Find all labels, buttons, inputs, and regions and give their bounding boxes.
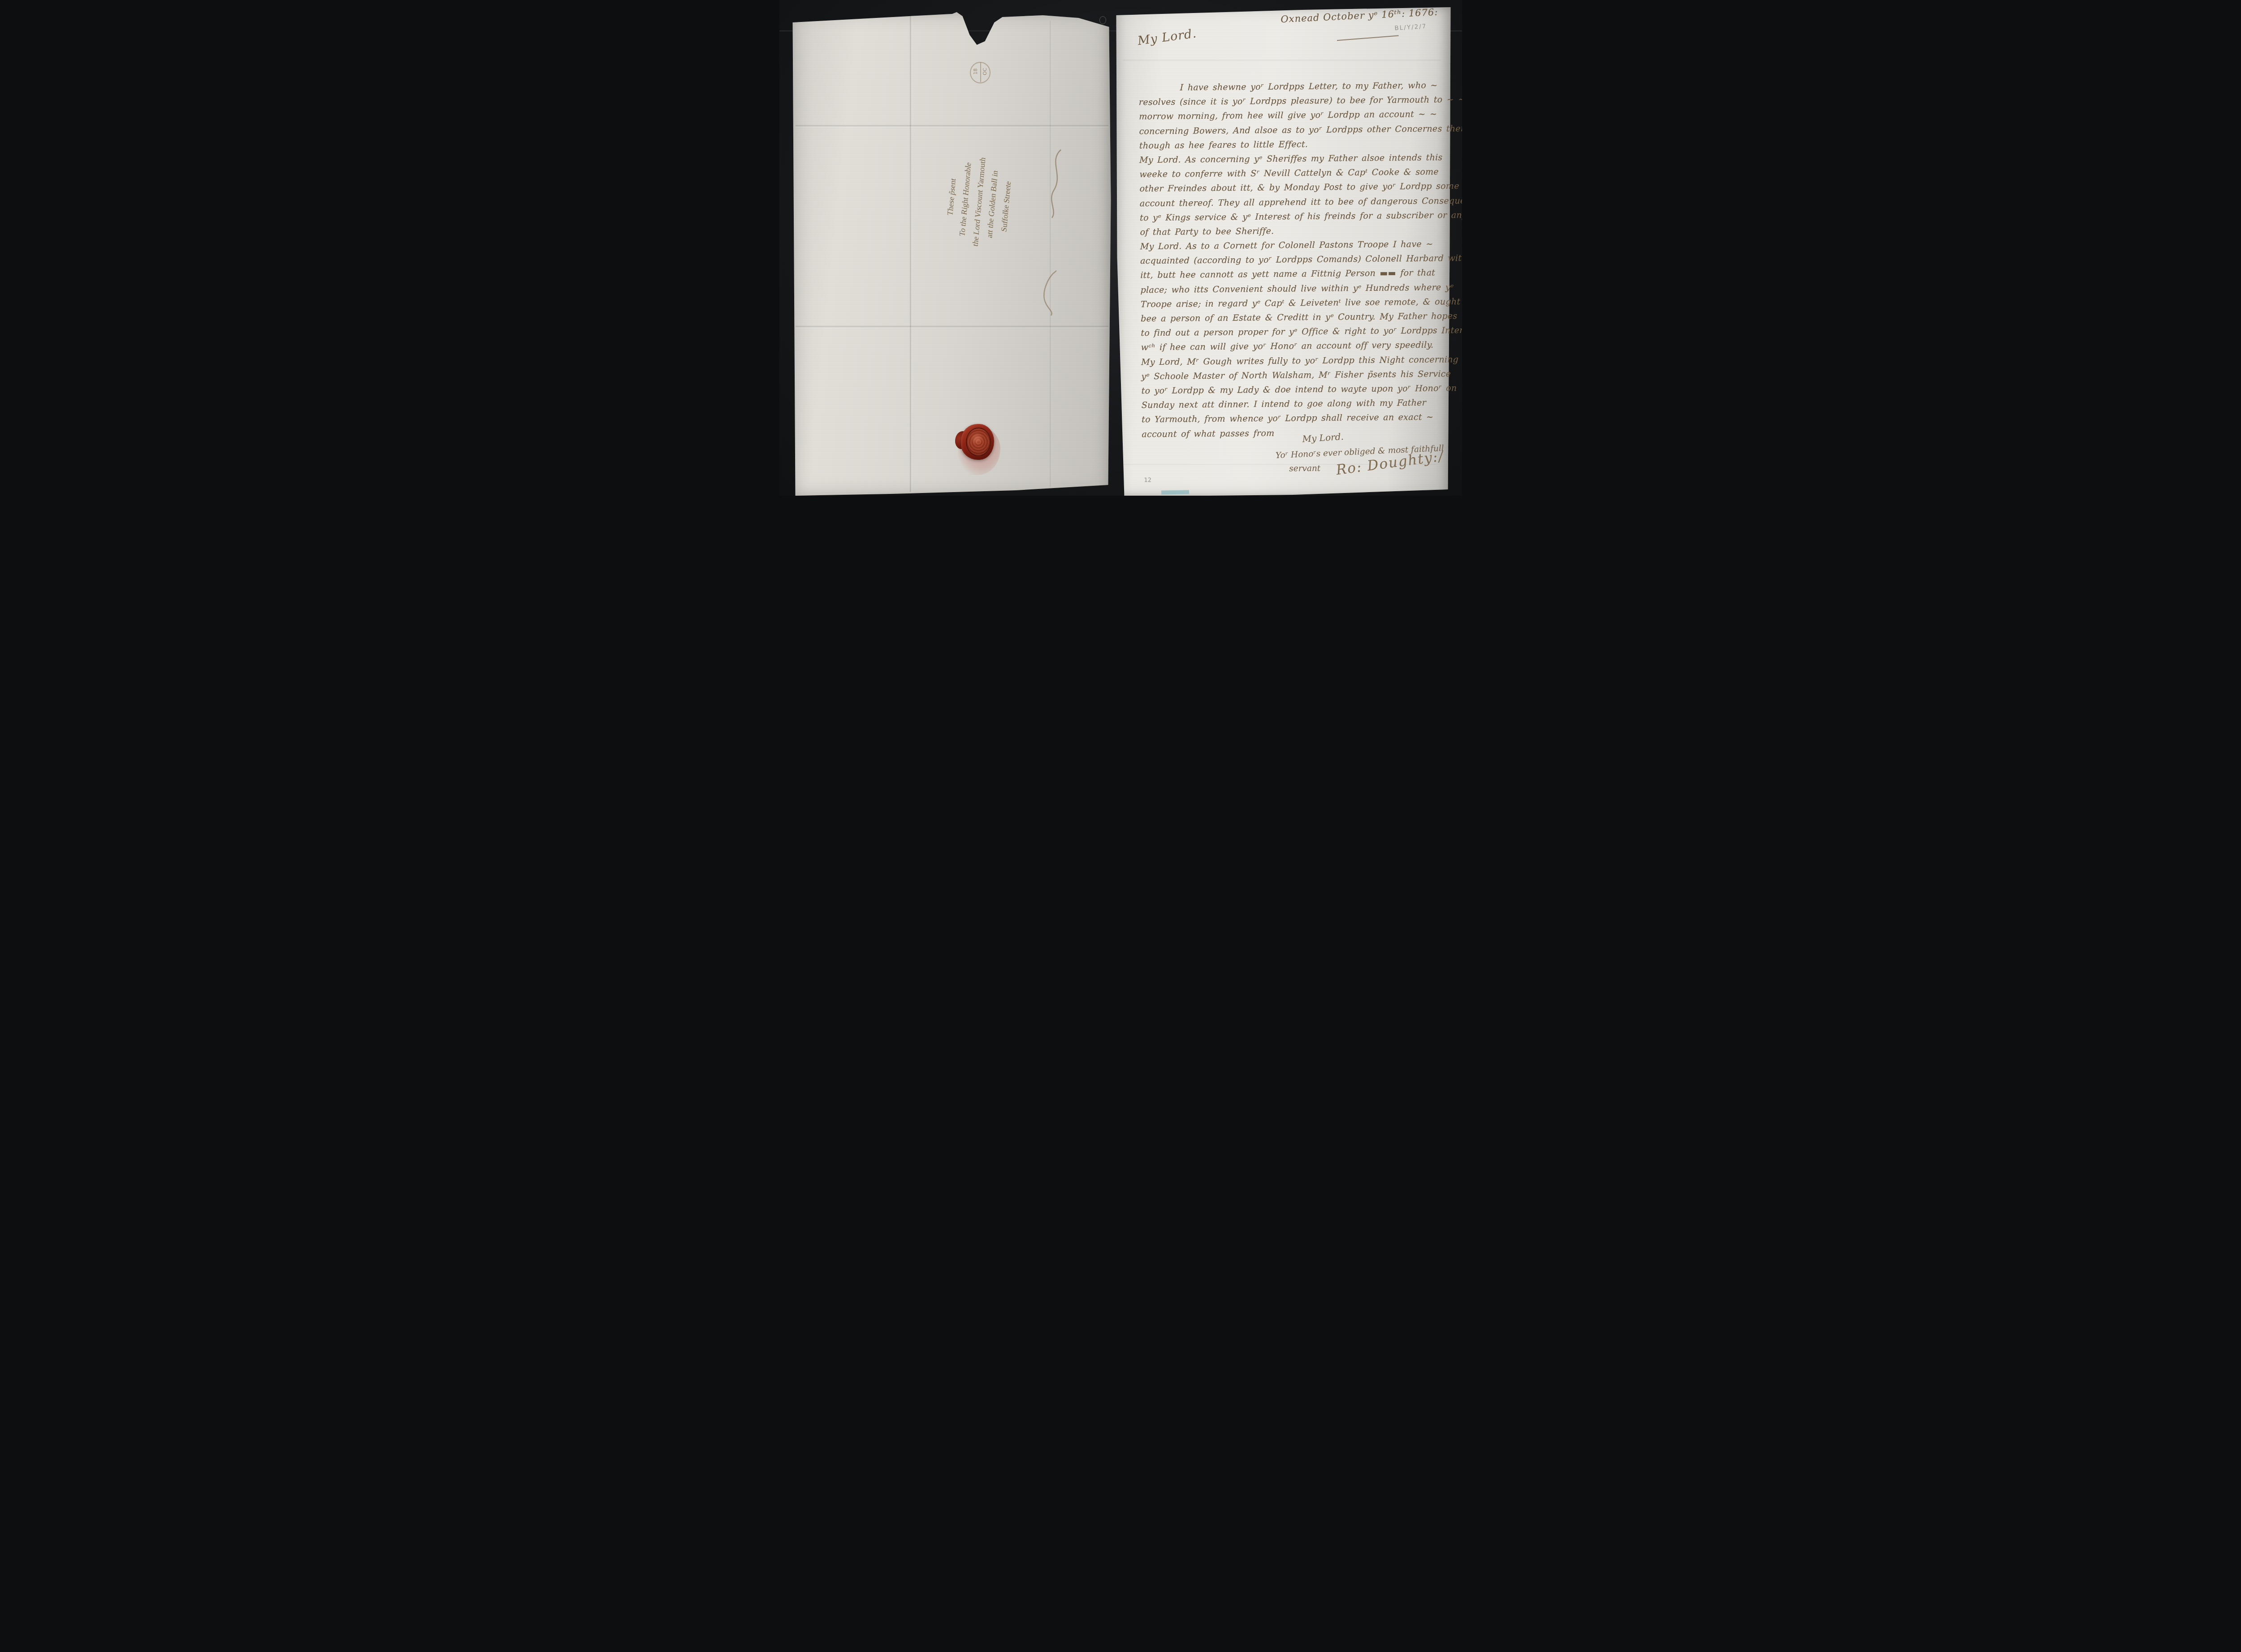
archival-reference: BL/Y/2/7 — [1394, 23, 1427, 32]
letter-salutation: My Lord. — [1137, 26, 1197, 48]
letter-line: account of what passes from — [1142, 424, 1456, 441]
letter-line: other Freindes about itt, & by Monday Po… — [1139, 179, 1454, 196]
letter-dateline: Oxnead October yᵉ 16ᵗʰ: 1676: — [1280, 5, 1460, 25]
blue-tab — [1161, 490, 1189, 494]
letter-content: Oxnead October yᵉ 16ᵗʰ: 1676: BL/Y/2/7 M… — [779, 0, 1462, 496]
photo-backdrop: 18 OC These p̃sent To the Right Honorabl… — [779, 0, 1462, 496]
page-number: 12 — [1144, 477, 1151, 484]
closing-address: My Lord. — [1302, 431, 1343, 445]
letter-line: to Yarmouth, from whence yoʳ Lordpp shal… — [1141, 410, 1455, 427]
closing-line: servant — [1289, 464, 1320, 474]
dateline-underline — [1337, 35, 1398, 41]
letter-body: I have shewne yoʳ Lordpps Letter, to my … — [1138, 78, 1455, 441]
